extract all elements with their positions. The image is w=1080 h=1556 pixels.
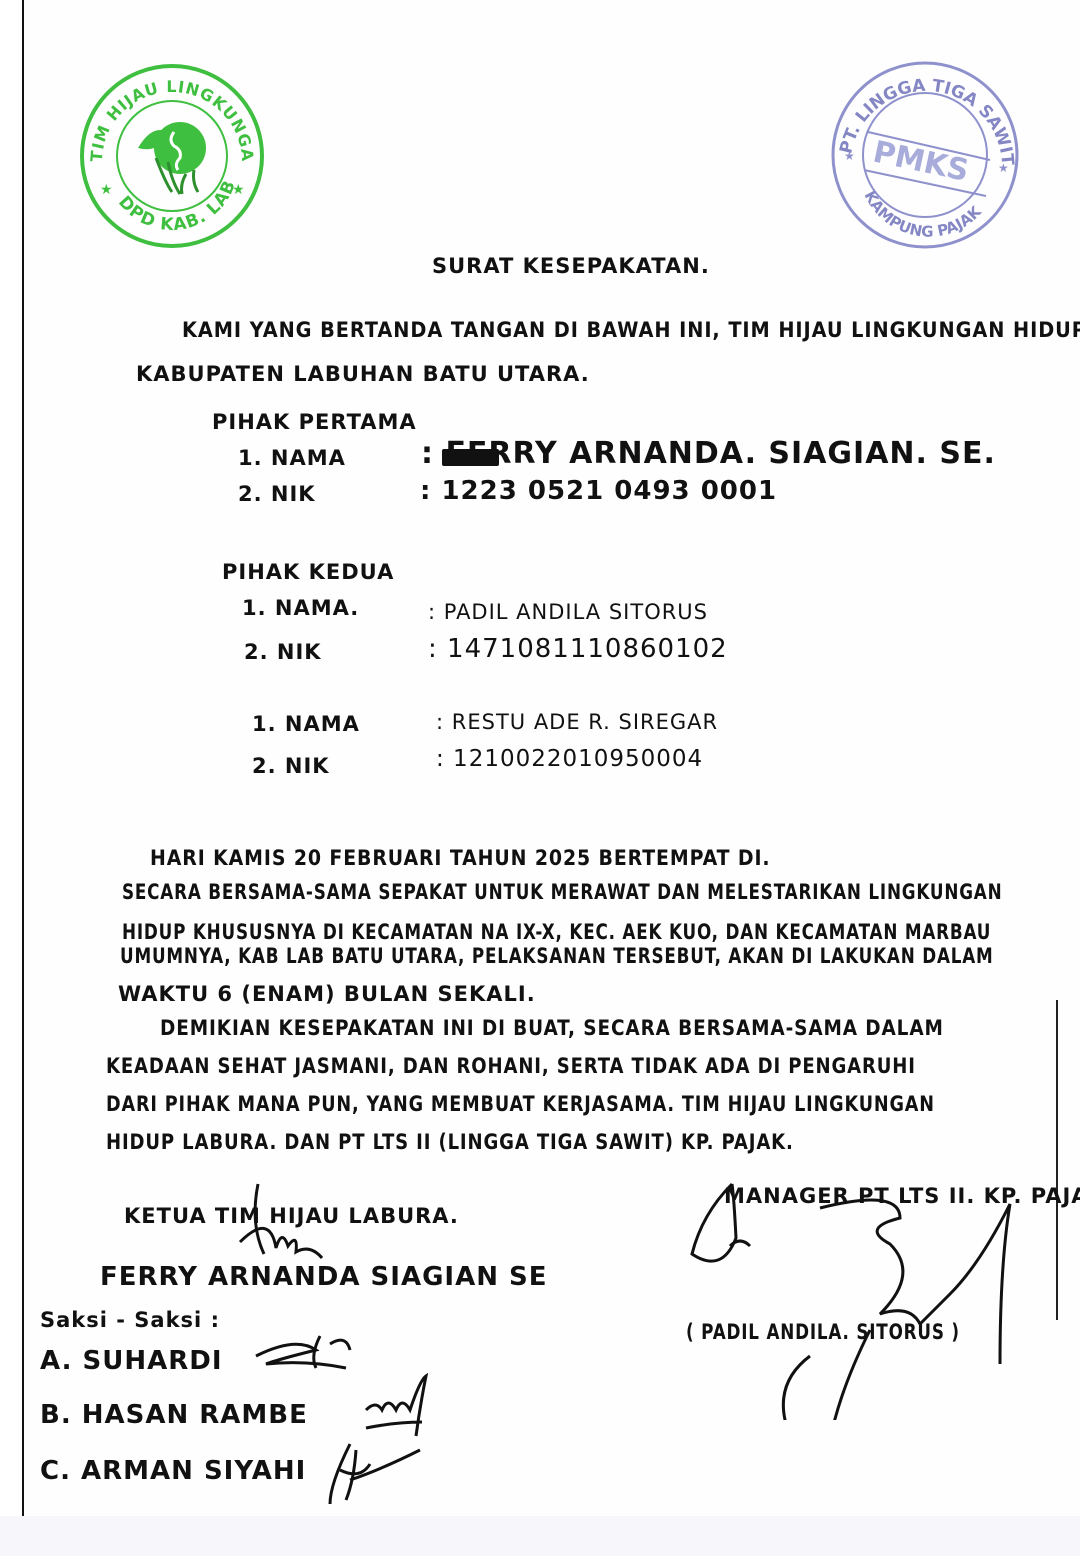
pihak-pertama-heading: Pihak Pertama: [212, 410, 417, 434]
signature-ketua-icon: [220, 1180, 330, 1270]
svg-text:★: ★: [100, 182, 113, 198]
stamp-tim-hijau: TIM HIJAU LINGKUNGAN HIDUP DPD KAB. LABU…: [78, 62, 266, 250]
svg-text:★: ★: [844, 149, 855, 163]
saksi-heading: Saksi - Saksi :: [40, 1308, 220, 1332]
stamp-right-bottom-text: KAMPUNG PAJAK: [861, 188, 986, 241]
signature-left-name: Ferry Arnanda Siagian SE: [100, 1262, 548, 1292]
pihak-pertama-nik-value: : 1223 0521 0493 0001: [420, 476, 777, 506]
body-para1-line5: waktu 6 (enam) bulan sekali.: [118, 982, 536, 1006]
body-para2-line4: hidup Labura. dan PT LTS II (Lingga Tiga…: [106, 1130, 794, 1154]
pihak-pertama-nik-label: 2. Nik: [238, 482, 316, 506]
body-para1-line1: Hari Kamis 20 Februari Tahun 2025 bertem…: [150, 846, 771, 870]
scanned-letter: TIM HIJAU LINGKUNGAN HIDUP DPD KAB. LABU…: [0, 0, 1080, 1516]
pihak-kedua-2-nama-label: 1. Nama: [252, 712, 360, 736]
letter-title: Surat Kesepakatan.: [432, 254, 710, 278]
svg-text:★: ★: [998, 161, 1009, 175]
stamp-pt-lingga-tiga-sawit: PT. LINGGA TIGA SAWIT KAMPUNG PAJAK PMKS…: [830, 60, 1020, 250]
signature-manager-icon: [670, 1170, 1060, 1420]
bottom-margin: [0, 1516, 1080, 1556]
pihak-kedua-2-nik-value: : 1210022010950004: [436, 746, 703, 772]
scan-edge-left: [0, 0, 24, 1516]
intro-line-2: Kabupaten Labuhan Batu Utara.: [136, 362, 590, 386]
globe-leaf-hands-icon: [138, 122, 206, 194]
pihak-kedua-2-nik-label: 2. Nik: [252, 754, 330, 778]
pihak-kedua-1-nik-value: : 1471081110860102: [428, 634, 728, 664]
saksi-item-b: b. Hasan Rambe: [40, 1400, 308, 1430]
signature-arman-icon: [320, 1440, 430, 1510]
pihak-kedua-1-nik-label: 2. Nik: [244, 640, 322, 664]
saksi-item-c: c. Arman Siyahi: [40, 1456, 306, 1486]
body-para2-line1: Demikian kesepakatan ini di buat, secara…: [160, 1016, 944, 1040]
signature-suhardi-icon: [250, 1330, 370, 1380]
pihak-kedua-1-nama-label: 1. Nama.: [242, 596, 359, 620]
pihak-kedua-1-nama-value: : Padil Andila Sitorus: [428, 600, 708, 624]
body-para1-line4: umumnya, Kab Lab Batu Utara, pelaksanan …: [120, 944, 994, 968]
svg-text:KAMPUNG PAJAK: KAMPUNG PAJAK: [861, 188, 986, 241]
signature-right-name: ( Padil Andila. Sitorus ): [686, 1320, 960, 1344]
pihak-pertama-nama-label: 1. Nama: [238, 446, 346, 470]
svg-text:★: ★: [232, 182, 245, 198]
body-para2-line2: keadaan sehat jasmani, dan rohani, serta…: [106, 1054, 916, 1078]
stamp-right-center-text: PMKS: [870, 135, 972, 189]
pihak-kedua-2-nama-value: : Restu Ade R. Siregar: [436, 710, 718, 734]
body-para1-line3: hidup khususnya di Kecamatan NA IX-X, Ke…: [122, 920, 991, 944]
signature-hasan-icon: [360, 1370, 450, 1440]
pihak-pertama-nama-value: : Ferry Arnanda. Siagian. SE.: [420, 436, 996, 471]
body-para1-line2: Secara bersama-sama sepakat untuk merawa…: [122, 880, 1002, 904]
intro-line-1: Kami yang bertanda tangan di bawah ini, …: [182, 318, 1080, 342]
pihak-kedua-heading: Pihak Kedua: [222, 560, 394, 584]
body-para2-line3: dari pihak mana pun, yang membuat kerjas…: [106, 1092, 935, 1116]
saksi-item-a: a. Suhardi: [40, 1346, 223, 1376]
